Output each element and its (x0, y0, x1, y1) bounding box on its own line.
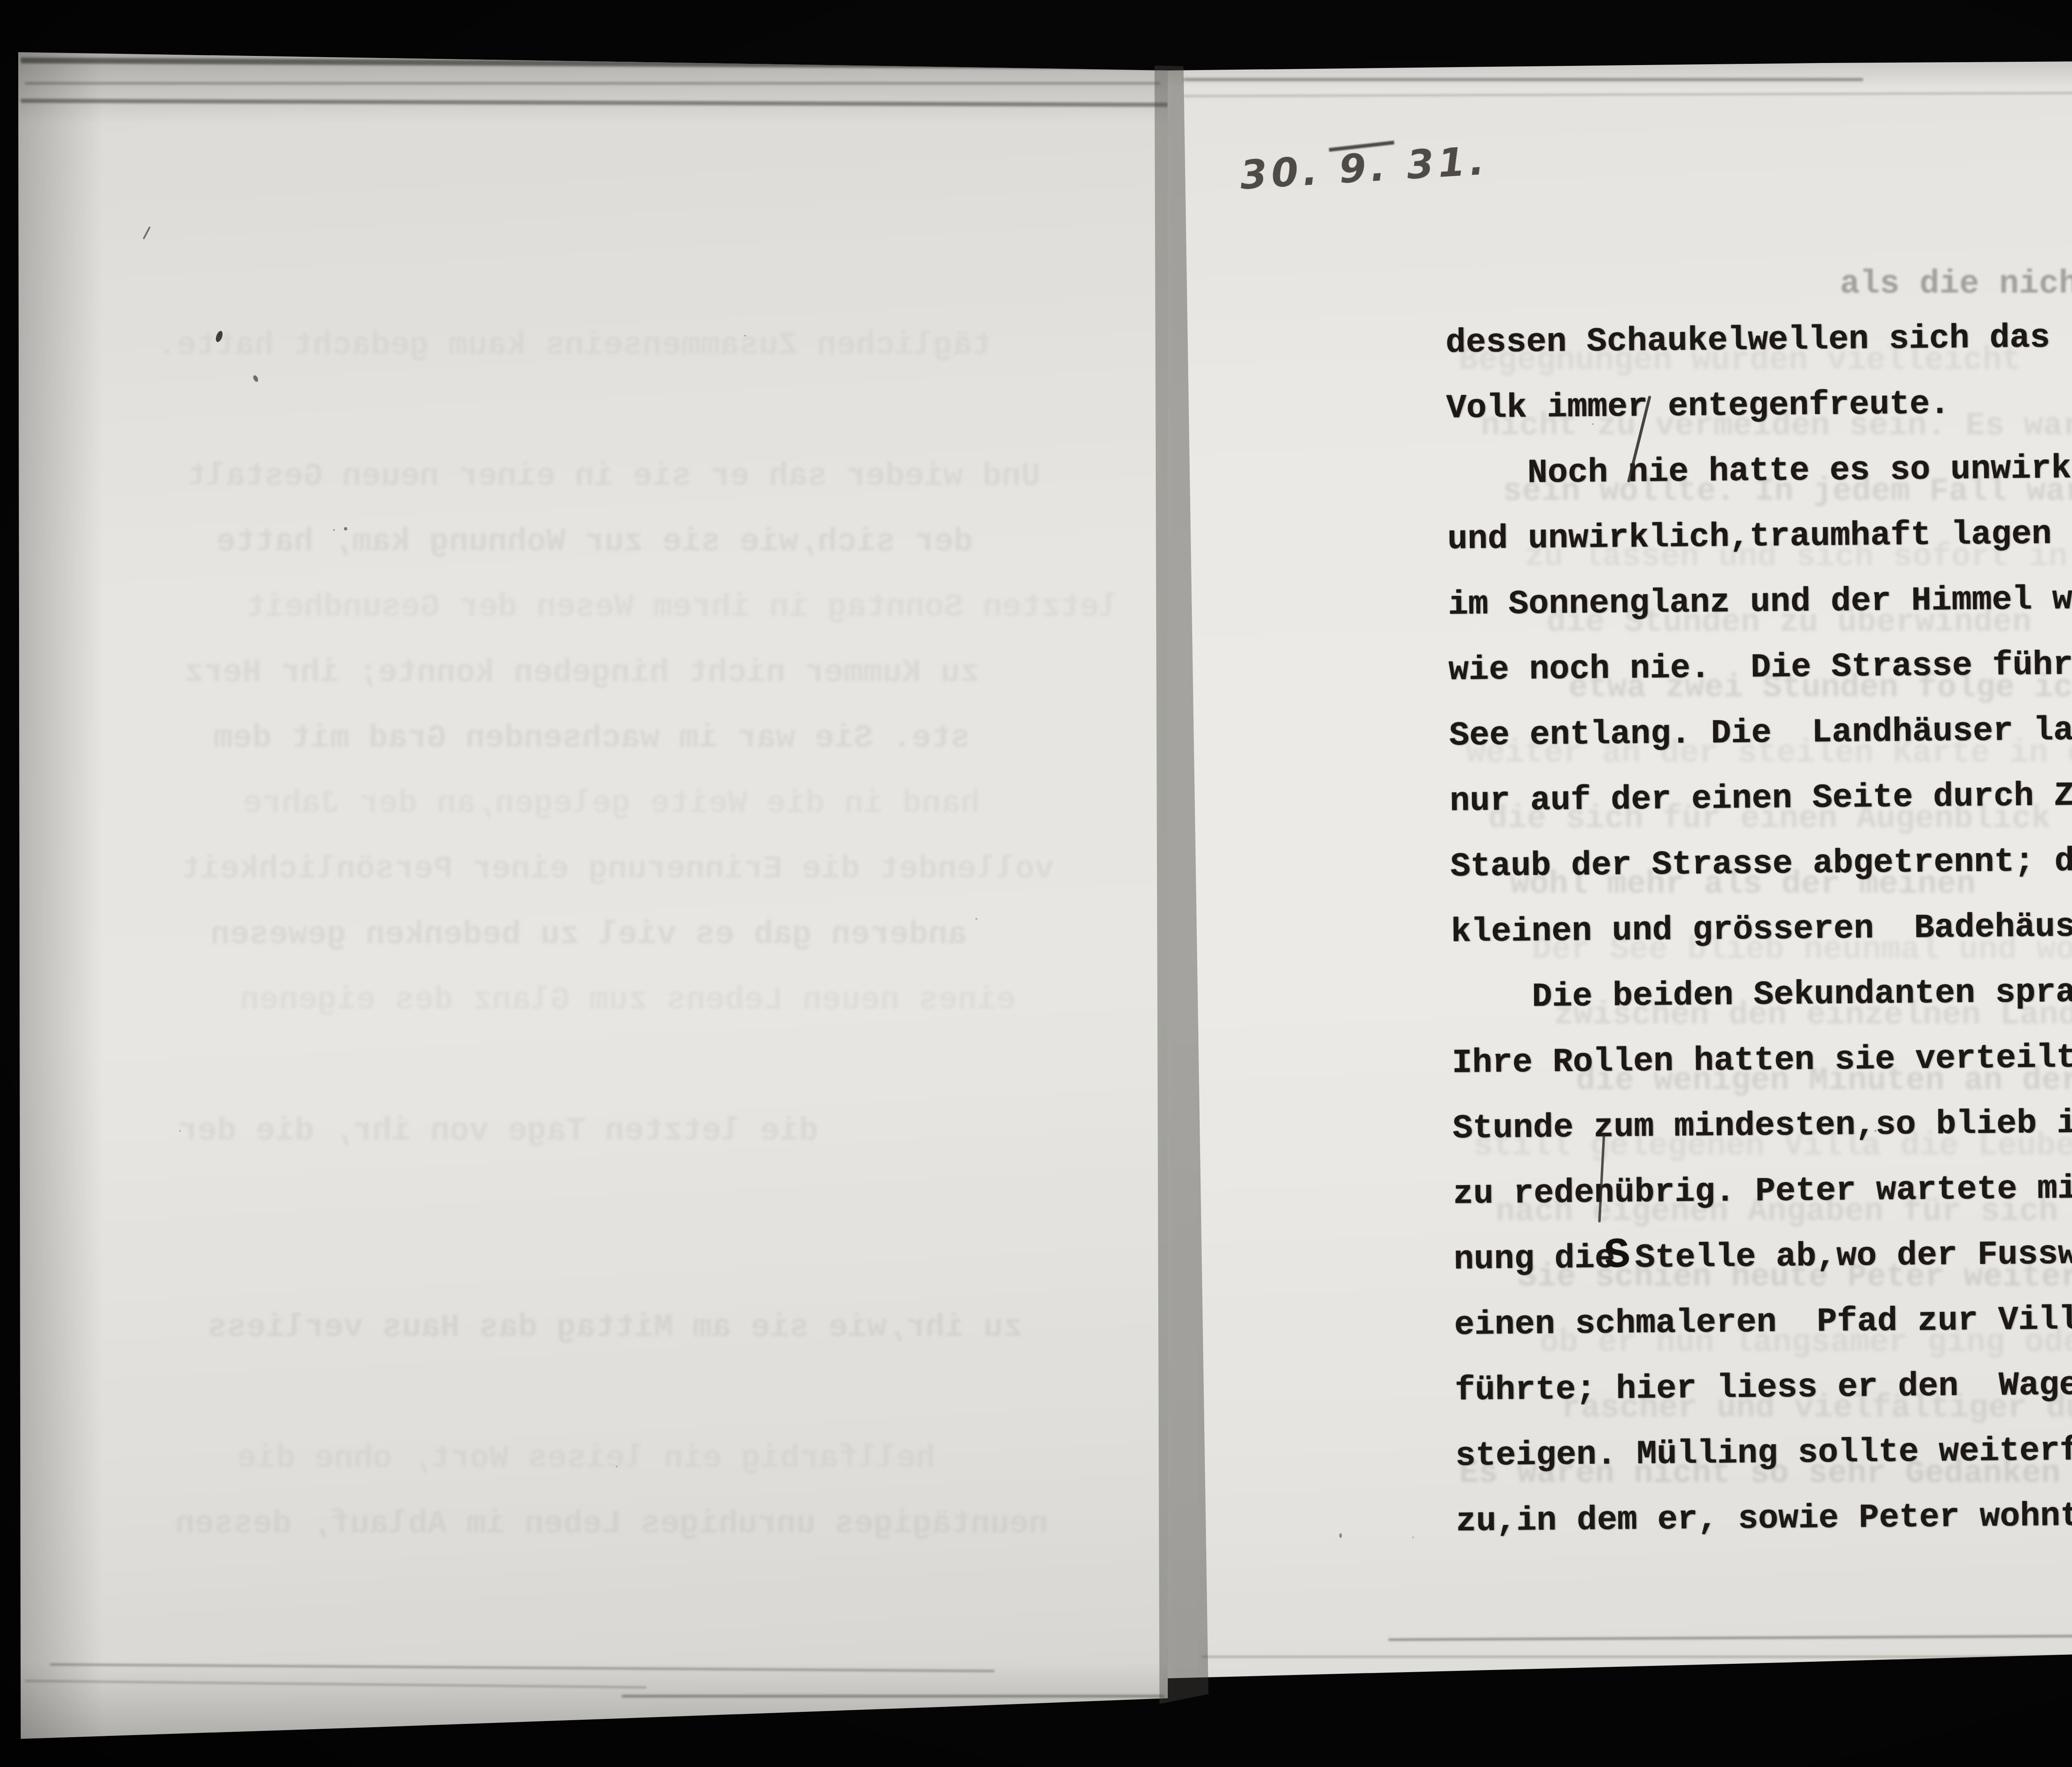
dust-speck (1339, 1533, 1342, 1538)
bleedthrough-line-mirrored: neuntägiges unruhiges Leben im Ablauf, d… (175, 1506, 1048, 1542)
page-edge-streak (21, 58, 1168, 69)
typescript-line: im Sonnenglanz und der Himmel war blass … (1448, 564, 2072, 638)
typescript-line: nur auf der einen Seite durch Zäune und … (1450, 760, 2072, 835)
bleedthrough-line-mirrored: die letzten Tage von ihr, die der (178, 1113, 818, 1150)
bleedthrough-line-mirrored: der sich,wie sie zur Wohnung kam, hatte (216, 524, 973, 560)
typescript-block: dessen Schaukelwellen sich das badende j… (1445, 302, 2072, 1555)
page-edge-streak (25, 1680, 646, 1688)
bleedthrough-line-mirrored: anderen gab es viel zu bedenken gewesen (211, 917, 967, 953)
typescript-line: wie noch nie. Die Strasse führte eine We… (1448, 629, 2072, 704)
bleedthrough-line-mirrored: hellfarbig ein leises Wort, ohne die (237, 1440, 935, 1477)
typescript-line: nung die Stelle ab,wo der Fussweg abzwei… (1453, 1218, 2072, 1293)
typescript-line: einen schmaleren Pfad zur Villa Leuberge… (1454, 1284, 2072, 1358)
film-frame: täglichen Zusammenseins kaum gedacht hat… (0, 0, 2072, 1767)
bleedthrough-line-mirrored: Und wieder sah er sie in einer neuen Ges… (187, 458, 1041, 495)
bleedthrough-line-mirrored: zu ihr,wie sie am Mittag das Haus verlie… (208, 1310, 1022, 1346)
typescript-line: Stunde zum mindesten,so blieb ihnen jetz… (1452, 1087, 2072, 1162)
page-edge-streak (21, 99, 1168, 107)
typescript-line: steigen. Mülling sollte weiterfahren,dem… (1455, 1415, 2072, 1489)
typescript-line: Volk immer entegenfreute. (1446, 367, 2072, 442)
bleedthrough-line-mirrored: ste. Sie war im wachsenden Grad mit dem (213, 720, 970, 757)
bleedthrough-line-mirrored: hand in die Weite gelegen,an der Jahre (243, 786, 980, 822)
bleedthrough-line-mirrored: letzten Sonntag in ihrem Wesen der Gesun… (246, 589, 1118, 626)
page-edge-streak (50, 1663, 995, 1672)
typescript-line: zu,in dem er, sowie Peter wohnten. Und e… (1456, 1480, 2072, 1555)
bleedthrough-line-mirrored: vollendet die Erinnerung einer Persönlic… (181, 851, 1054, 888)
bleedthrough-line-mirrored: zu Kummer nicht hingeben konnte; ihr Her… (184, 655, 979, 691)
typescript-line: See entlang. Die Landhäuser lagen hier s… (1449, 695, 2072, 769)
page-edge-streak (1388, 1634, 2072, 1641)
handwritten-date: 30. 9. 31. (1239, 138, 1489, 198)
typescript-line: Ihre Rollen hatten sie verteilt,für die … (1452, 1022, 2072, 1097)
page-edge-streak (25, 82, 1160, 85)
page-edge-streak (1202, 1656, 2072, 1658)
page-edge-streak (622, 1695, 1164, 1697)
typescript-line: kleinen und grösseren Badehäuschen am Uf… (1450, 891, 2072, 966)
hand-correction-s: S (1603, 1231, 1631, 1280)
bleedthrough-line-mirrored: eines neuen Lebens zum Glanz des eigenen (240, 982, 1016, 1019)
page-edge-streak (1184, 90, 2072, 97)
page-edge-streak (1184, 78, 1863, 81)
bleedthrough-line-mirrored: täglichen Zusammenseins kaum gedacht hat… (157, 327, 992, 364)
typescript-line: und unwirklich,traumhaft lagen auch die … (1447, 498, 2072, 573)
bleedthrough-top-fragment: als die nicht eigentlich (1840, 265, 2072, 303)
typescript-line: zu redenübrig. Peter wartete mit einer A… (1453, 1153, 2072, 1227)
typescript-line: dessen Schaukelwellen sich das badende j… (1445, 302, 2072, 376)
typescript-line: führte; hier liess er den Wagen halten,u… (1455, 1349, 2072, 1424)
dust-speck (344, 527, 347, 530)
typescript-line: Staub der Strasse abgetrennt; der See la… (1450, 825, 2072, 900)
typescript-line: Die beiden Sekundanten sprachen nichts m… (1451, 956, 2072, 1031)
typescript-line: Noch nie hatte es so unwirklich ausgeseh… (1447, 433, 2072, 507)
